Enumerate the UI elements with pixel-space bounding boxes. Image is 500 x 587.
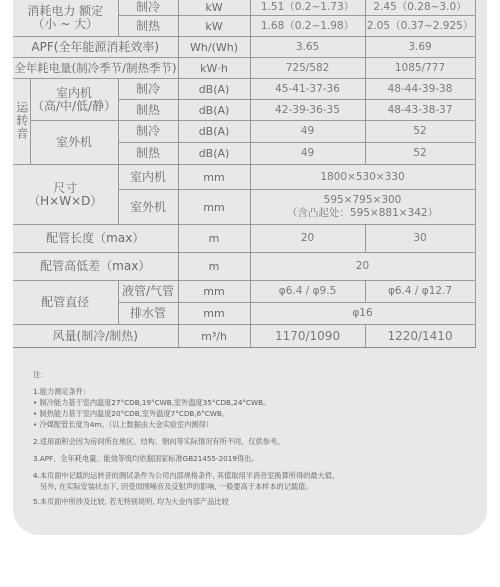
unit-cell: m [178,253,250,281]
value-cell: 1.68（0.2~1.98） [250,16,365,37]
size-label: 尺寸 （H×W×D） [13,165,118,225]
value-cell: 2.05（0.37~2.925） [365,16,475,37]
unit-cell: m³/h [178,325,250,348]
table-row-pipe-length: 配管长度（max） m 20 30 [13,225,475,253]
note-1-heating: • 制热能力基于室内温度20°CDB,室外温度7°CDB,6°CWB。 [33,408,473,419]
value-cell: 3.65 [250,37,365,58]
value-cell: 1220/1410 [365,325,475,348]
mode-cell: 制冷 [118,121,178,143]
noise-indoor-label: 室内机 （高/中/低/静） [30,79,118,121]
note-1-title: 1.能力测定条件： [33,386,473,397]
value-cell: 1085/777 [365,58,475,79]
table-row-noise-outdoor-cool: 室外机 制冷 dB(A) 49 52 [13,121,475,143]
mode-cell: 制热 [118,16,178,37]
noise-outdoor-label: 室外机 [30,121,118,165]
value-cell: φ6.4 / φ9.5 [250,281,365,303]
value-cell: 49 [250,143,365,165]
note-1-pipe: • 冷媒配管长度为4m。（以上数据由大金实验室内测得） [33,419,473,430]
annual-label: 全年耗电量(制冷季节/制热季节) [13,58,178,79]
table-row-annual: 全年耗电量(制冷季节/制热季节) kW·h 725/582 1085/777 [13,58,475,79]
unit-cell: mm [178,165,250,190]
unit-cell: kW [178,16,250,37]
value-cell: 2.45（0.28~3.0） [365,0,475,16]
power-label: 消耗电力 额定 （小 ~ 大） [13,0,118,37]
size-outdoor-label: 室外机 [118,190,178,225]
value-cell: φ16 [250,303,475,325]
value-cell: 1170/1090 [250,325,365,348]
unit-cell: mm [178,303,250,325]
size-indoor-label: 室内机 [118,165,178,190]
pipe-drain-label: 排水管 [118,303,178,325]
value-cell: 20 [250,253,475,281]
value-cell: 48-44-39-38 [365,79,475,100]
table-row-pipe-height: 配管高低差（max） m 20 [13,253,475,281]
unit-cell: mm [178,190,250,225]
apf-label: APF(全年能源消耗效率) [13,37,178,58]
value-cell: 595×795×300 （含凸起处：595×881×342） [250,190,475,225]
table-row-apf: APF(全年能源消耗效率) Wh/(Wh) 3.65 3.69 [13,37,475,58]
value-cell: 1.51（0.2~1.73） [250,0,365,16]
unit-cell: dB(A) [178,79,250,100]
value-cell: φ6.4 / φ12.7 [365,281,475,303]
notes-title: 注： [33,369,473,380]
unit-cell: dB(A) [178,121,250,143]
pipe-length-label: 配管长度（max） [13,225,178,253]
value-cell: 30 [365,225,475,253]
pipe-liquid-gas-label: 液管/气管 [118,281,178,303]
note-3: 3.APF、全年耗电量、能效等级均依据国家标准GB21455-2019得出。 [33,453,473,464]
table-row-pipe-diameter-liquid-gas: 配管直径 液管/气管 mm φ6.4 / φ9.5 φ6.4 / φ12.7 [13,281,475,303]
note-2: 2.适用面积会因为房间所在地区、结构、朝向等实际情况有所不同，仅供参考。 [33,436,473,447]
unit-cell: kW [178,0,250,16]
mode-cell: 制冷 [118,79,178,100]
noise-group-label: 运转音 [13,79,30,165]
pipe-height-label: 配管高低差（max） [13,253,178,281]
notes-section: 注： 1.能力测定条件： • 制冷能力基于室内温度27°CDB,19°CWB,室… [33,369,473,507]
note-4-line2: 另外, 在实际安装状态下, 因受周围噪音及反射声的影响, 一般要高于本样本的记载… [33,481,473,492]
value-cell: 3.69 [365,37,475,58]
spec-table: 消耗电力 额定 （小 ~ 大） 制冷 kW 1.51（0.2~1.73） 2.4… [13,0,476,348]
unit-cell: m [178,225,250,253]
table-row-power-cool: 消耗电力 额定 （小 ~ 大） 制冷 kW 1.51（0.2~1.73） 2.4… [13,0,475,16]
value-cell: 52 [365,143,475,165]
unit-cell: Wh/(Wh) [178,37,250,58]
note-5: 5.本页面中所涉及比较, 若无特别说明, 均为大金内部产品比较 [33,496,473,507]
value-cell: 45-41-37-36 [250,79,365,100]
value-cell: 49 [250,121,365,143]
value-cell: 1800×530×330 [250,165,475,190]
mode-cell: 制热 [118,143,178,165]
value-cell: 48-43-38-37 [365,100,475,121]
note-4-line1: 4.本页面中记载的运转音的测试条件为公司内部规格条件, 其值取用半消音室换算所得… [33,470,473,481]
value-cell: 42-39-36-35 [250,100,365,121]
unit-cell: dB(A) [178,143,250,165]
table-row-size-indoor: 尺寸 （H×W×D） 室内机 mm 1800×530×330 [13,165,475,190]
value-cell: 52 [365,121,475,143]
table-row-noise-indoor-cool: 运转音 室内机 （高/中/低/静） 制冷 dB(A) 45-41-37-36 4… [13,79,475,100]
unit-cell: kW·h [178,58,250,79]
airflow-label: 风量(制冷/制热) [13,325,178,348]
unit-cell: mm [178,281,250,303]
unit-cell: dB(A) [178,100,250,121]
pipe-diameter-label: 配管直径 [13,281,118,325]
value-cell: 20 [250,225,365,253]
mode-cell: 制冷 [118,0,178,16]
note-1-cooling: • 制冷能力基于室内温度27°CDB,19°CWB,室外温度35°CDB,24°… [33,397,473,408]
mode-cell: 制热 [118,100,178,121]
value-cell: 725/582 [250,58,365,79]
table-row-airflow: 风量(制冷/制热) m³/h 1170/1090 1220/1410 [13,325,475,348]
